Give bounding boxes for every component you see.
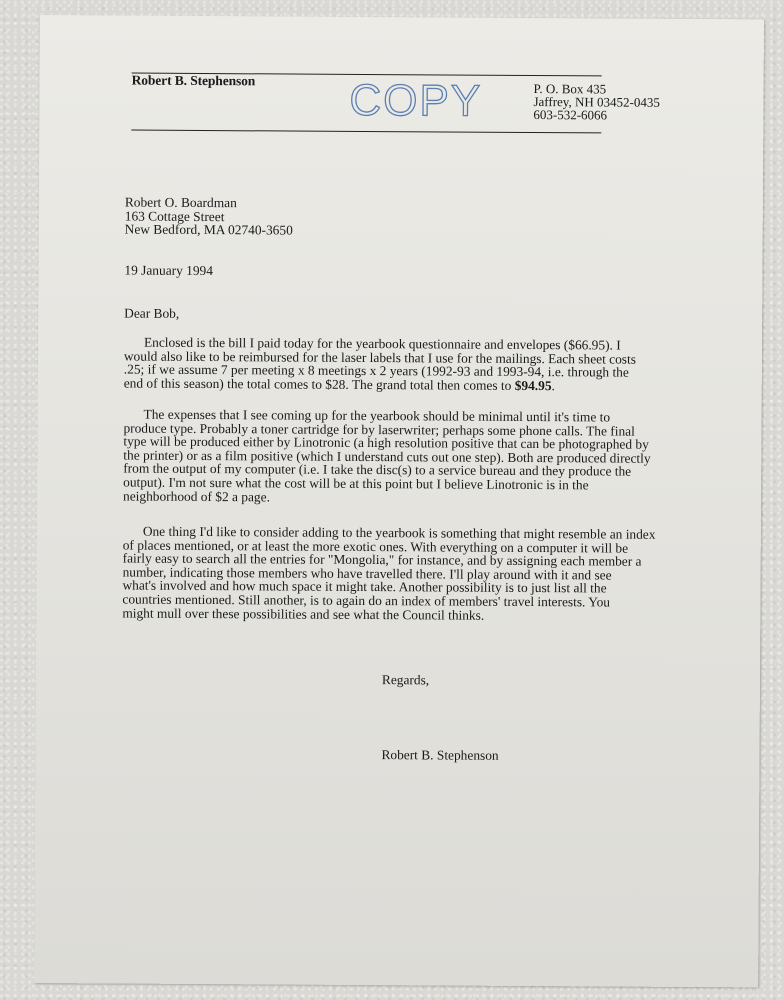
body-paragraph-2: The expenses that I see coming up for th… — [123, 408, 724, 507]
recipient-city: New Bedford, MA 02740-3650 — [125, 223, 293, 238]
salutation: Dear Bob, — [124, 307, 179, 321]
copy-stamp: COPY — [349, 77, 482, 126]
letterhead-address: P. O. Box 435 Jaffrey, NH 03452-0435 603… — [533, 82, 660, 122]
letter-date: 19 January 1994 — [124, 264, 213, 278]
body-paragraph-1: Enclosed is the bill I paid today for th… — [124, 336, 724, 394]
signature: Robert B. Stephenson — [381, 747, 498, 764]
letterhead-phone: 603-532-6066 — [533, 108, 659, 122]
body-paragraph-3: One thing I'd like to consider adding to… — [122, 525, 723, 624]
closing: Regards, — [382, 672, 429, 688]
letterhead-sender-name: Robert B. Stephenson — [132, 73, 256, 90]
grand-total: $94.95 — [515, 378, 552, 393]
letter-page: Robert B. Stephenson COPY P. O. Box 435 … — [34, 15, 764, 987]
recipient-address: Robert O. Boardman 163 Cottage Street Ne… — [125, 196, 293, 238]
letterhead-bottom-rule — [131, 130, 601, 134]
